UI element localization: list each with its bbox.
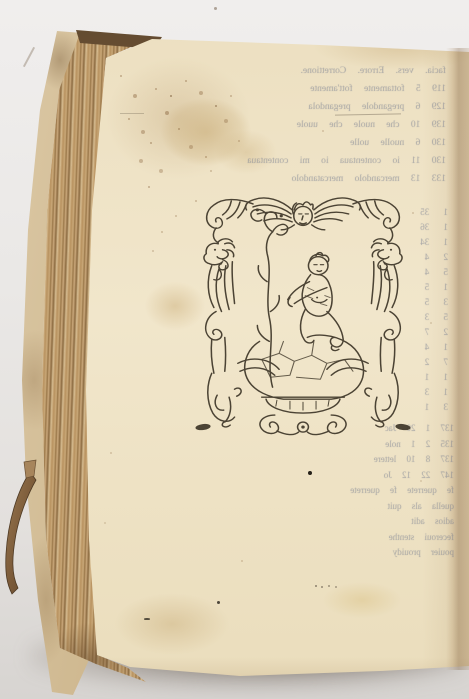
flower-stalk [251,208,288,387]
bleedthrough-row: quella als quit [282,499,454,515]
foxing-freckles [0,0,2,2]
tie-strap-shape [6,472,36,594]
center-boss [298,422,309,432]
bleedthrough-row: feceroui stenthe [282,530,454,546]
bleedthrough-row: 129 6 pregandole pregandola [118,98,446,116]
bleedthrough-row: pouier prouidy [282,545,454,561]
bleedthrough-row: 119 5 fottamente fott'amente [118,80,446,98]
ink-spot [308,471,312,475]
bleedthrough-row: 130 11 io contentaua io mi contentaua [118,152,446,170]
bleedthrough-row: 137 8 10 lettere [282,452,454,468]
bleedthrough-row: fe querrete fe querrete [282,483,454,499]
ink-spot [217,601,220,604]
bleedthrough-row: facia. vers. Errore. Correttione. [118,62,446,80]
tie-stub-shape [24,460,36,478]
bleedthrough-text-top: facia. vers. Errore. Correttione. 119 5 … [118,62,446,196]
bleedthrough-row: 133 13 mercandolo mercatandolo [118,170,446,188]
dust-speck [214,7,217,10]
bleedthrough-row: 130 6 nuolle uolle [118,134,446,152]
bleedthrough-row: 139 10 che nuole che uuole [118,116,446,134]
ink-spot [144,618,150,620]
bleedthrough-row: adios adit [282,514,454,530]
leather-tie [0,458,42,608]
backdrop-hairline [23,47,35,67]
rocky-mound [245,335,364,399]
bleedthrough-text-bottom: 137 1 20 Jac 135 2 1 nole 137 8 10 lette… [282,421,454,563]
bleedthrough-row: 147 22 12 Jo [282,468,454,484]
ink-speck-cluster [315,585,317,587]
woodcut-vignette [190,192,416,441]
page-gutter-shading [446,48,469,670]
photo-scene: facia. vers. Errore. Correttione. 119 5 … [0,0,469,699]
